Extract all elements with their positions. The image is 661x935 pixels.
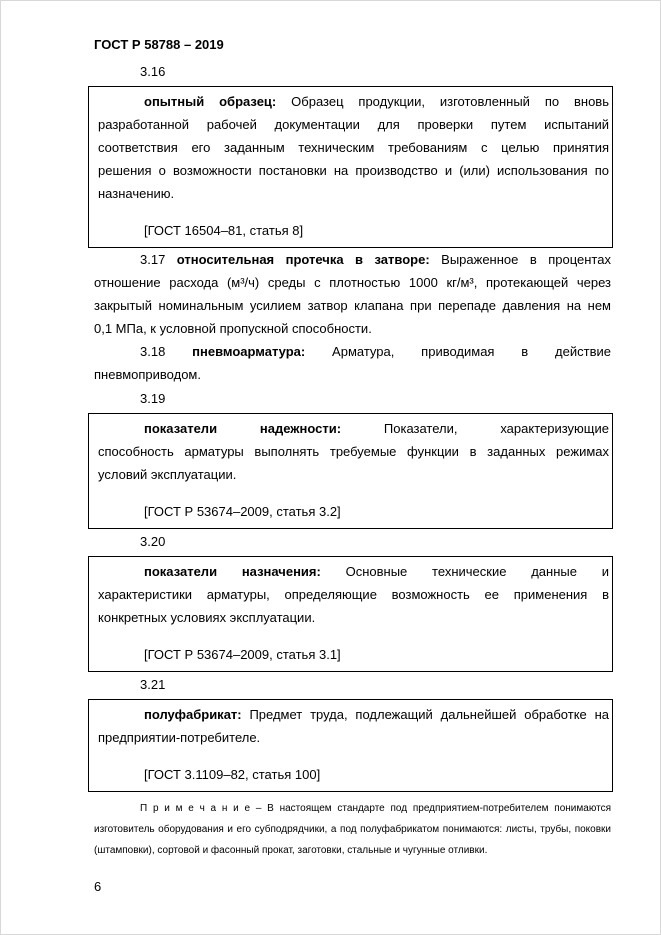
definition-line: условий эксплуатации. xyxy=(98,463,609,486)
definition-line: способность арматуры выполнять требуемые… xyxy=(98,440,609,463)
definition-line: разработанной рабочей документации для п… xyxy=(98,113,609,136)
definition-line: соответствия его заданным техническим тр… xyxy=(98,136,609,159)
definition-line: пневмоприводом. xyxy=(94,363,611,386)
definition-box-3-21: полуфабрикат: Предмет труда, подлежащий … xyxy=(88,699,613,792)
definition-box-3-19: показатели надежности: Показатели, харак… xyxy=(88,413,613,529)
definition-term-opytny-obrazets: опытный образец: xyxy=(144,94,276,109)
definition-line: предприятии-потребителе. xyxy=(98,726,609,749)
definition-line: решения о возможности постановки на прои… xyxy=(98,159,609,182)
definition-text: Показатели, характеризующие xyxy=(384,421,609,436)
clause-number-3-16: 3.16 xyxy=(94,61,611,82)
definition-term-otnositelnaya-protechka: относительная протечка в затворе: xyxy=(177,252,430,267)
definition-line: показатели надежности: Показатели, харак… xyxy=(98,417,609,440)
definition-text: Арматура, приводимая в действие xyxy=(332,344,611,359)
source-reference-3-19: [ГОСТ Р 53674–2009, статья 3.2] xyxy=(98,500,609,523)
clause-number-3-19: 3.19 xyxy=(94,388,611,409)
clause-3-18: 3.18 пневмоарматура: Арматура, приводима… xyxy=(94,340,611,386)
definition-term-polufabrikat: полуфабрикат: xyxy=(144,707,242,722)
definition-line: закрытый номинальным усилием затвор клап… xyxy=(94,294,611,317)
clause-number-3-20: 3.20 xyxy=(94,531,611,552)
note: П р и м е ч а н и е – В настоящем станда… xyxy=(94,798,611,861)
definition-line: конкретных условиях эксплуатации. xyxy=(98,606,609,629)
clause-number-3-17: 3.17 xyxy=(140,252,165,267)
definition-line: характеристики арматуры, определяющие во… xyxy=(98,583,609,606)
definition-line: 0,1 МПа, к условной пропускной способнос… xyxy=(94,317,611,340)
definition-text: Образец продукции, изготовленный по внов… xyxy=(291,94,609,109)
definition-line: показатели назначения: Основные техничес… xyxy=(98,560,609,583)
definition-line: отношение расхода (м³/ч) среды с плотнос… xyxy=(94,271,611,294)
note-label: П р и м е ч а н и е xyxy=(140,803,250,814)
source-reference-3-21: [ГОСТ 3.1109–82, статья 100] xyxy=(98,763,609,786)
definition-term-pokazateli-naznacheniya: показатели назначения: xyxy=(144,564,321,579)
definition-text: Выраженное в процентах xyxy=(441,252,611,267)
clause-number-3-18: 3.18 xyxy=(140,344,165,359)
definition-line: назначению. xyxy=(98,182,609,205)
clause-3-17: 3.17 относительная протечка в затворе: В… xyxy=(94,248,611,340)
gost-header: ГОСТ Р 58788 – 2019 xyxy=(94,35,611,55)
definition-line: 3.18 пневмоарматура: Арматура, приводима… xyxy=(94,340,611,363)
definition-term-pnevmoarmatura: пневмоарматура: xyxy=(192,344,305,359)
clause-number-3-21: 3.21 xyxy=(94,674,611,695)
definition-term-pokazateli-nadezhnosti: показатели надежности: xyxy=(144,421,341,436)
source-reference-3-20: [ГОСТ Р 53674–2009, статья 3.1] xyxy=(98,643,609,666)
definition-text: Предмет труда, подлежащий дальнейшей обр… xyxy=(249,707,609,722)
definition-box-3-16: опытный образец: Образец продукции, изго… xyxy=(88,86,613,248)
definition-line: опытный образец: Образец продукции, изго… xyxy=(98,90,609,113)
definition-line: полуфабрикат: Предмет труда, подлежащий … xyxy=(98,703,609,726)
document-page: ГОСТ Р 58788 – 2019 3.16 опытный образец… xyxy=(0,0,661,935)
page-number: 6 xyxy=(94,877,611,897)
definition-box-3-20: показатели назначения: Основные техничес… xyxy=(88,556,613,672)
source-reference-3-16: [ГОСТ 16504–81, статья 8] xyxy=(98,219,609,242)
definition-line: 3.17 относительная протечка в затворе: В… xyxy=(94,248,611,271)
definition-text: Основные технические данные и xyxy=(346,564,609,579)
